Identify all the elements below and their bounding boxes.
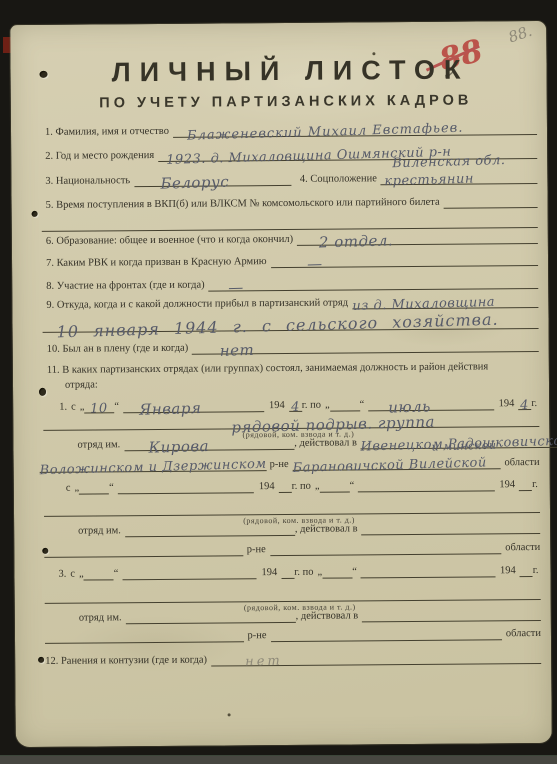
entry2-district-row: р-не области: [44, 539, 540, 558]
entry3-from-day-line: [84, 564, 114, 580]
field-birth-region-value: Виленская обл.: [393, 156, 506, 170]
entry3-from-month-line: [122, 563, 256, 580]
entry3-to-day-line: [322, 562, 352, 578]
field-fullname-line: Блаженевский Михаил Евстафьев.: [173, 119, 537, 138]
entry3-area-line1: [362, 605, 541, 622]
form-subtitle: ПО УЧЕТУ ПАРТИЗАНСКИХ КАДРОВ: [35, 92, 537, 112]
print-oblasti: области: [502, 628, 541, 640]
year-prefix: 194: [495, 565, 520, 577]
field-fronts-value: —: [228, 281, 244, 293]
field-captivity-line: нет: [192, 336, 539, 355]
field-fullname: 1. Фамилия, имя и отчество Блаженевский …: [45, 120, 537, 139]
print-g: г.: [533, 565, 539, 577]
print-s: с: [70, 569, 79, 581]
quote-close: “: [352, 566, 361, 578]
field-nationality-line: Белорус: [134, 170, 292, 187]
field-wounds-value: нет: [245, 657, 283, 668]
field-wounds: 12. Ранения и контузии (где и когда) нет: [45, 649, 541, 668]
year-prefix: 194: [256, 567, 281, 579]
field-rvk-line: —: [271, 250, 539, 268]
punch-hole: [39, 388, 46, 396]
entry3-to-month-line: [361, 561, 495, 578]
field-nationality-label: 3. Национальность: [45, 175, 134, 188]
entry2-from-month-line: [118, 477, 254, 494]
punch-hole: [38, 657, 44, 663]
entry3-district-row: р-не области: [45, 625, 541, 644]
entry2-area-line1: [361, 518, 540, 535]
field-party-line: [444, 192, 538, 209]
entry3-num: 3.: [58, 569, 70, 581]
field-arrival-line: из д. Михаловщина: [352, 292, 538, 309]
entry2-dates: с „ “ 194 г. по „ “ 194 г.: [62, 476, 538, 495]
entry3-unit-row: отряд им. , действовал в: [79, 606, 541, 625]
entry1-unit: Кирова: [148, 439, 209, 453]
print-g: г.: [532, 479, 538, 491]
entry2-position-line: [44, 497, 540, 517]
entry3-to-year-line: [520, 561, 533, 577]
entry2-unit-row: отряд им. , действовал в: [78, 519, 540, 538]
field-arrival-value2: 10 января 1944 г. с сельского хозяйства.: [56, 313, 498, 339]
field-units-label2: отряда:: [65, 377, 98, 392]
entry1-from-year-line: 4: [289, 396, 302, 412]
scanner-edge: [0, 755, 557, 764]
print-oblasti: области: [501, 542, 540, 554]
entry2-position-row: [44, 498, 540, 517]
field-captivity: 10. Был ан в плену (где и когда) нет: [47, 337, 539, 356]
entry3-unit-line: [126, 607, 296, 624]
paper-speck: [228, 713, 231, 716]
quote-close: “: [360, 399, 369, 411]
print-deistvoval: , действовал в: [295, 523, 362, 536]
field-fronts: 8. Участие на фронтах (где и когда) —: [46, 274, 538, 293]
field-party-label: 5. Время поступления в ВКП(б) или ВЛКСМ …: [46, 197, 444, 212]
entry2-from-day-line: [79, 478, 109, 494]
field-fronts-line: —: [209, 273, 539, 292]
year-prefix: 194: [494, 398, 519, 410]
field-fronts-label: 8. Участие на фронтах (где и когда): [46, 280, 208, 293]
field-captivity-label: 10. Был ан в плену (где и когда): [47, 343, 193, 356]
entry3-position-row: [45, 585, 541, 604]
print-rne: р-не: [244, 630, 270, 642]
print-oblasti: области: [500, 457, 539, 469]
form-title: ЛИЧНЫЙ ЛИСТОК: [44, 54, 536, 89]
entry1-district-row: Воложинском и Дзержинском р-не Баранович…: [40, 454, 540, 473]
entry3-position-line: [45, 584, 541, 604]
entry1-to-month-line: июль: [368, 394, 493, 411]
entry1-area-line3: Барановичской Вилейской и минской: [293, 453, 501, 471]
year-prefix: 194: [264, 400, 289, 412]
field-captivity-value: нет: [220, 343, 255, 356]
entry1-num: 1.: [59, 402, 71, 414]
entry1-area-line2: Воложинском и Дзержинском: [40, 455, 267, 473]
entry1-from-day-line: 10: [84, 397, 114, 413]
print-otryad: отряд им.: [77, 439, 124, 451]
field-nationality-value: Белорус: [160, 175, 229, 189]
print-g-po: г. по: [294, 567, 317, 579]
entry1-area3: Барановичской Вилейской: [293, 458, 487, 474]
entry2-area-line3: [270, 538, 502, 556]
print-s: с: [71, 402, 80, 414]
entry2-area-line2: [44, 540, 244, 558]
scanned-document-page: { "meta": { "title": "ЛИЧНЫЙ ЛИСТОК", "s…: [0, 0, 557, 764]
print-g: г.: [531, 398, 537, 410]
entry2-to-month-line: [358, 475, 494, 492]
year-prefix: 194: [254, 481, 279, 493]
entry3-from-year-line: [281, 563, 294, 579]
field-social-value: крестьянин: [385, 175, 475, 188]
entry1-area2: Воложинском и Дзержинском: [40, 460, 267, 477]
entry2-to-day-line: [319, 476, 349, 492]
entry1-area-above: и минской: [431, 442, 496, 453]
punch-hole: [32, 211, 38, 217]
entry1-to-day-line: [330, 395, 360, 411]
entry3-area-line2: [45, 626, 245, 644]
year-prefix: 194: [494, 479, 519, 491]
field-rvk-label: 7. Каким РВК и когда призван в Красную А…: [46, 256, 271, 270]
quote-close: “: [350, 480, 359, 492]
entry1-from-month-line: Января: [123, 396, 264, 413]
field-social-line: Виленская обл. крестьянин: [381, 168, 538, 185]
quote-close: “: [114, 401, 123, 413]
field-party: 5. Время поступления в ВКП(б) или ВЛКСМ …: [46, 193, 538, 212]
print-deistvoval: , действовал в: [296, 610, 363, 623]
print-g-po: г. по: [292, 481, 315, 493]
quote-close: “: [114, 568, 123, 580]
field-social-label: 4. Соцположение: [292, 173, 381, 186]
field-rvk: 7. Каким РВК и когда призван в Красную А…: [46, 251, 538, 270]
field-rvk-value: —: [306, 257, 322, 269]
field-wounds-line: нет: [211, 648, 541, 667]
field-nationality-social: 3. Национальность Белорус 4. Соцположени…: [45, 169, 537, 188]
entry3-area-line3: [270, 624, 502, 642]
entry1-to-year-line: 4: [518, 394, 531, 410]
field-arrival-line2-rule: 10 января 1944 г. с сельского хозяйства.: [42, 310, 538, 333]
print-otryad: отряд им.: [78, 525, 125, 537]
entry2-to-year-line: [519, 475, 532, 491]
field-wounds-label: 12. Ранения и контузии (где и когда): [45, 654, 211, 667]
print-rne: р-не: [244, 544, 270, 556]
entry2-from-year-line: [279, 477, 292, 493]
print-g-po: г. по: [302, 400, 325, 412]
entry1-position-line: рядовой подрыв. группа: [43, 411, 539, 431]
field-education: 6. Образование: общее и военное (что и к…: [46, 229, 538, 248]
field-fullname-value: Блаженевский Михаил Евстафьев.: [187, 124, 464, 142]
quote-close: “: [109, 482, 118, 494]
field-units-label: 11. В каких партизанских отрядах (или гр…: [47, 359, 539, 378]
entry3-dates: 3. с „ “ 194 г. по „ “ 194 г.: [58, 562, 538, 581]
field-arrival-line2: 10 января 1944 г. с сельского хозяйства.: [42, 311, 538, 333]
entry1-position-row: рядовой подрыв. группа: [43, 412, 539, 431]
field-education-line: 2 отдел.: [297, 228, 538, 246]
field-birth-label: 2. Год и место рождения: [45, 150, 158, 163]
field-education-value: 2 отдел.: [319, 234, 394, 248]
entry2-unit-line: [125, 520, 295, 537]
field-arrival-label: 9. Откуда, когда и с какой должности при…: [46, 297, 352, 311]
print-s: с: [66, 483, 75, 495]
print-otryad: отряд им.: [79, 612, 126, 624]
print-rne: р-не: [267, 459, 293, 471]
field-arrival: 9. Откуда, когда и с какой должности при…: [46, 293, 538, 312]
field-education-label: 6. Образование: общее и военное (что и к…: [46, 234, 297, 248]
form-page: 88. 88 ✓ ЛИЧНЫЙ ЛИСТОК ПО УЧЕТУ ПАРТИЗАН…: [10, 21, 552, 747]
entry1-unit-line: Кирова: [124, 434, 294, 451]
field-fullname-label: 1. Фамилия, имя и отчество: [45, 126, 173, 139]
print-deistvoval: , действовал в: [294, 437, 361, 450]
pencil-page-number: 88.: [506, 22, 534, 47]
